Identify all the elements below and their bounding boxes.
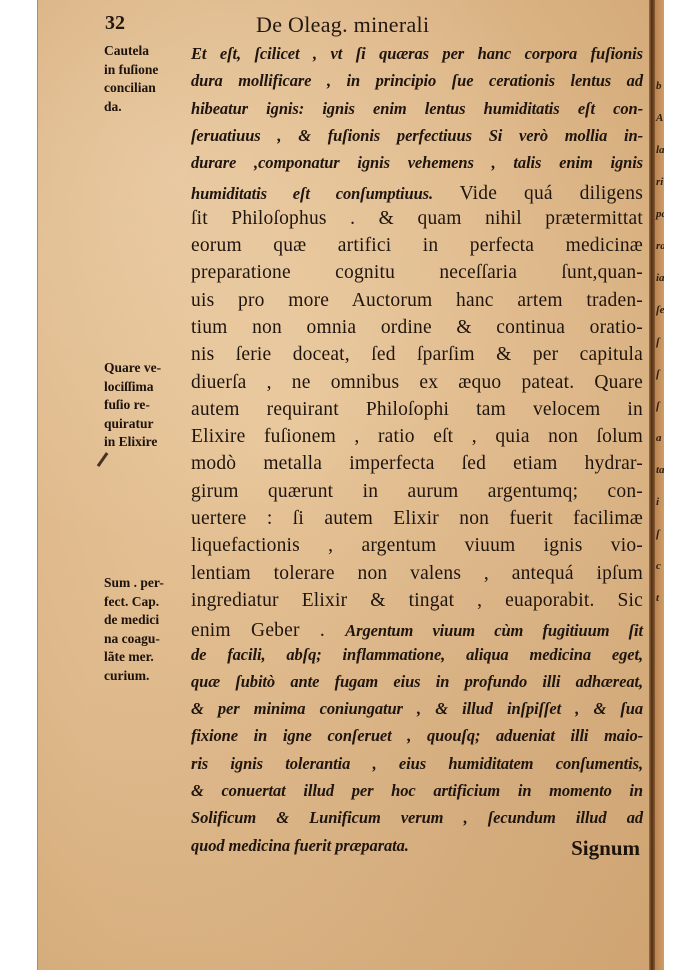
margin-note-cautela: Cautela in fuſione concilian da. <box>104 42 194 116</box>
facing-page-fragment: ſ <box>656 528 660 540</box>
facing-page-fragment: A <box>656 112 663 124</box>
text-line: diuerſa , ne omnibus ex æquo pateat. Qua… <box>191 372 643 399</box>
book-page: 32 De Oleag. minerali Cautela in fuſione… <box>37 0 664 970</box>
text-line: preparatione cognitu neceſſaria ſunt,qua… <box>191 262 643 289</box>
italic-run: humiditatis eſt conſumptiuus. <box>191 184 433 203</box>
roman-run: Vide quá diligens <box>433 183 643 204</box>
text-line: lentiam tolerare non valens , antequá ip… <box>191 563 643 590</box>
text-line: Elixire fuſionem , ratio eſt , quia non … <box>191 426 643 453</box>
facing-page-fragment: ia <box>656 272 664 284</box>
catchword: Signum <box>571 836 640 861</box>
roman-run: enim Geber . <box>191 620 345 641</box>
ink-mark <box>97 452 118 474</box>
facing-page-fragment: pa <box>656 208 664 220</box>
margin-note-line: curium. <box>104 667 194 686</box>
text-line: & per minima coniungatur , & illud inſpi… <box>191 699 643 726</box>
text-line: girum quærunt in aurum argentumq; con- <box>191 481 643 508</box>
italic-run: Argentum viuum cùm fugitiuum ſit <box>345 621 643 640</box>
margin-note-summa: Sum . per- fect. Cap. de medici na coagu… <box>104 574 194 685</box>
text-line: tium non omnia ordine & continua oratio- <box>191 317 643 344</box>
text-line: fixione in igne conſeruet , quouſq; adue… <box>191 726 643 753</box>
text-line: durare ,componatur ignis vehemens , tali… <box>191 153 643 180</box>
facing-page-fragment: ſ <box>656 400 660 412</box>
text-line: & conuertat illud per hoc artificium in … <box>191 781 643 808</box>
facing-page-fragment: ſ <box>656 368 660 380</box>
facing-page-fragment: i <box>656 496 659 508</box>
facing-page-fragment: la <box>656 144 664 156</box>
text-line: humiditatis eſt conſumptiuus. Vide quá d… <box>191 180 643 207</box>
show-through-text <box>98 125 101 141</box>
text-line: nis ſerie doceat, ſed ſparſim & per capi… <box>191 344 643 371</box>
text-line: uertere : ſi autem Elixir non fuerit fac… <box>191 508 643 535</box>
text-line: liquefactionis , argentum viuum ignis vi… <box>191 535 643 562</box>
text-line: enim Geber . Argentum viuum cùm fugitiuu… <box>191 617 643 644</box>
margin-note-line: de medici <box>104 611 194 630</box>
text-line: uis pro more Auctorum hanc artem traden- <box>191 290 643 317</box>
text-line: hibeatur ignis: ignis enim lentus humidi… <box>191 99 643 126</box>
text-line: autem requirant Philoſophi tam velocem i… <box>191 399 643 426</box>
text-line: ingrediatur Elixir & tingat , euaporabit… <box>191 590 643 617</box>
margin-note-quare: Quare ve- lociſſima fuſio re- quiratur i… <box>104 359 194 452</box>
margin-note-line: lãte mer. <box>104 648 194 667</box>
text-line: dura mollificare , in principio ſue cera… <box>191 71 643 98</box>
facing-page-strip: bAlariparaiaſeſſſataiſct <box>655 0 664 970</box>
facing-page-fragment: ſe <box>656 304 664 316</box>
margin-note-line: quiratur <box>104 415 194 434</box>
margin-note-line: in Elixire <box>104 433 194 452</box>
facing-page-fragment: ra <box>656 240 664 252</box>
margin-note-line: in fuſione <box>104 61 194 80</box>
facing-page-fragment: ſ <box>656 336 660 348</box>
margin-note-line: Cautela <box>104 42 194 61</box>
margin-note-line: lociſſima <box>104 378 194 397</box>
text-line: quæ ſubitò ante fugam eius in profundo i… <box>191 672 643 699</box>
text-line: de facili, abſq; inflammatione, aliqua m… <box>191 645 643 672</box>
text-line: modò metalla imperfecta ſed etiam hydrar… <box>191 453 643 480</box>
margin-note-line: Sum . per- <box>104 574 194 593</box>
facing-page-fragment: b <box>656 80 662 92</box>
page-number: 32 <box>105 12 125 35</box>
text-line: Et eſt, ſcilicet , vt ſi quæras per hanc… <box>191 44 643 71</box>
text-line: ſit Philoſophus . & quam nihil prætermit… <box>191 208 643 235</box>
running-title: De Oleag. minerali <box>256 12 429 38</box>
facing-page-fragment: ta <box>656 464 664 476</box>
text-line: eorum quæ artifici in perfecta medicinæ <box>191 235 643 262</box>
facing-page-fragment: a <box>656 432 662 444</box>
margin-note-line: Quare ve- <box>104 359 194 378</box>
text-line: Solificum & Lunificum verum , ſecundum i… <box>191 808 643 835</box>
margin-note-line: fect. Cap. <box>104 593 194 612</box>
facing-page-fragment: t <box>656 592 659 604</box>
facing-page-fragment: ri <box>656 176 663 188</box>
margin-note-line: concilian <box>104 79 194 98</box>
text-line: ris ignis tolerantia , eius humiditatem … <box>191 754 643 781</box>
facing-page-fragment: c <box>656 560 661 572</box>
body-text: Et eſt, ſcilicet , vt ſi quæras per hanc… <box>191 44 643 863</box>
margin-note-line: da. <box>104 98 194 117</box>
running-head: 32 De Oleag. minerali <box>38 12 638 42</box>
margin-note-line: na coagu- <box>104 630 194 649</box>
text-line: ſeruatiuus , & fuſionis perfectiuus Si v… <box>191 126 643 153</box>
margin-note-line: fuſio re- <box>104 396 194 415</box>
